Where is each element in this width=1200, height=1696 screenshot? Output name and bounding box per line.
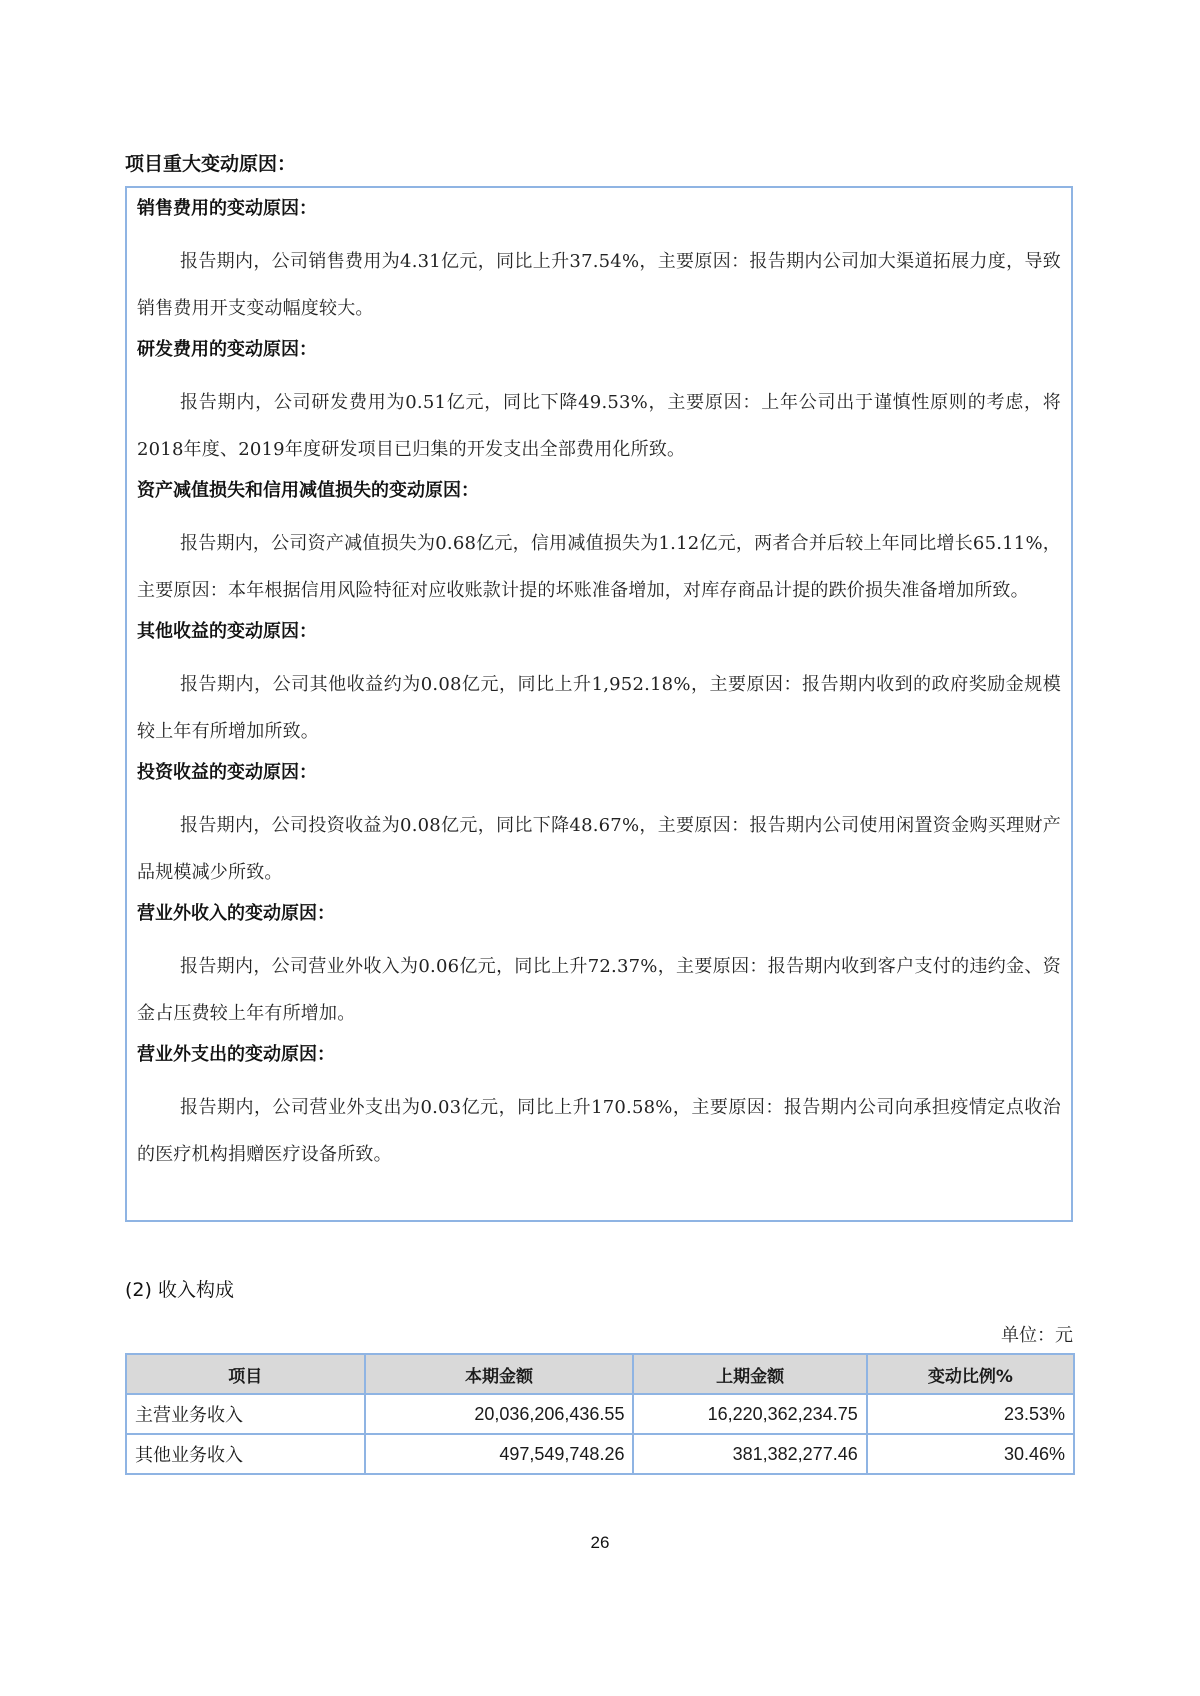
section-body: 报告期内，公司投资收益为0.08亿元，同比下降48.67%，主要原因：报告期内公…	[137, 802, 1061, 896]
cell-item: 其他业务收入	[126, 1434, 365, 1474]
table-row: 主营业务收入 20,036,206,436.55 16,220,362,234.…	[126, 1394, 1074, 1434]
section-title: 研发费用的变动原因：	[137, 337, 1061, 363]
cell-current: 20,036,206,436.55	[365, 1394, 634, 1434]
page-number: 26	[0, 1533, 1200, 1553]
reason-box: 销售费用的变动原因： 报告期内，公司销售费用为4.31亿元，同比上升37.54%…	[125, 186, 1073, 1222]
section-title: 投资收益的变动原因：	[137, 760, 1061, 786]
section-title: 资产减值损失和信用减值损失的变动原因：	[137, 478, 1061, 504]
unit-label: 单位：元	[1001, 1322, 1073, 1350]
cell-item: 主营业务收入	[126, 1394, 365, 1434]
column-header-current: 本期金额	[365, 1354, 634, 1394]
table-header-row: 项目 本期金额 上期金额 变动比例%	[126, 1354, 1074, 1394]
section-sales-expense: 销售费用的变动原因： 报告期内，公司销售费用为4.31亿元，同比上升37.54%…	[137, 196, 1061, 332]
section-non-operating-income: 营业外收入的变动原因： 报告期内，公司营业外收入为0.06亿元，同比上升72.3…	[137, 901, 1061, 1037]
section-other-income: 其他收益的变动原因： 报告期内，公司其他收益约为0.08亿元，同比上升1,952…	[137, 619, 1061, 755]
section-non-operating-expense: 营业外支出的变动原因： 报告期内，公司营业外支出为0.03亿元，同比上升170.…	[137, 1042, 1061, 1178]
cell-previous: 16,220,362,234.75	[633, 1394, 866, 1434]
table-row: 其他业务收入 497,549,748.26 381,382,277.46 30.…	[126, 1434, 1074, 1474]
cell-current: 497,549,748.26	[365, 1434, 634, 1474]
section-body: 报告期内，公司资产减值损失为0.68亿元，信用减值损失为1.12亿元，两者合并后…	[137, 520, 1061, 614]
section-body: 报告期内，公司其他收益约为0.08亿元，同比上升1,952.18%，主要原因：报…	[137, 661, 1061, 755]
section-rd-expense: 研发费用的变动原因： 报告期内，公司研发费用为0.51亿元，同比下降49.53%…	[137, 337, 1061, 473]
revenue-heading: (2) 收入构成	[125, 1276, 234, 1304]
section-body: 报告期内，公司营业外收入为0.06亿元，同比上升72.37%，主要原因：报告期内…	[137, 943, 1061, 1037]
section-title: 营业外收入的变动原因：	[137, 901, 1061, 927]
section-body: 报告期内，公司研发费用为0.51亿元，同比下降49.53%，主要原因：上年公司出…	[137, 379, 1061, 473]
section-title: 其他收益的变动原因：	[137, 619, 1061, 645]
section-title: 营业外支出的变动原因：	[137, 1042, 1061, 1068]
column-header-item: 项目	[126, 1354, 365, 1394]
page-heading: 项目重大变动原因：	[125, 150, 296, 178]
section-impairment-loss: 资产减值损失和信用减值损失的变动原因： 报告期内，公司资产减值损失为0.68亿元…	[137, 478, 1061, 614]
section-body: 报告期内，公司营业外支出为0.03亿元，同比上升170.58%，主要原因：报告期…	[137, 1084, 1061, 1178]
cell-ratio: 23.53%	[867, 1394, 1074, 1434]
cell-previous: 381,382,277.46	[633, 1434, 866, 1474]
column-header-ratio: 变动比例%	[867, 1354, 1074, 1394]
section-body: 报告期内，公司销售费用为4.31亿元，同比上升37.54%，主要原因：报告期内公…	[137, 238, 1061, 332]
revenue-table: 项目 本期金额 上期金额 变动比例% 主营业务收入 20,036,206,436…	[125, 1353, 1075, 1475]
section-investment-income: 投资收益的变动原因： 报告期内，公司投资收益为0.08亿元，同比下降48.67%…	[137, 760, 1061, 896]
column-header-previous: 上期金额	[633, 1354, 866, 1394]
cell-ratio: 30.46%	[867, 1434, 1074, 1474]
section-title: 销售费用的变动原因：	[137, 196, 1061, 222]
